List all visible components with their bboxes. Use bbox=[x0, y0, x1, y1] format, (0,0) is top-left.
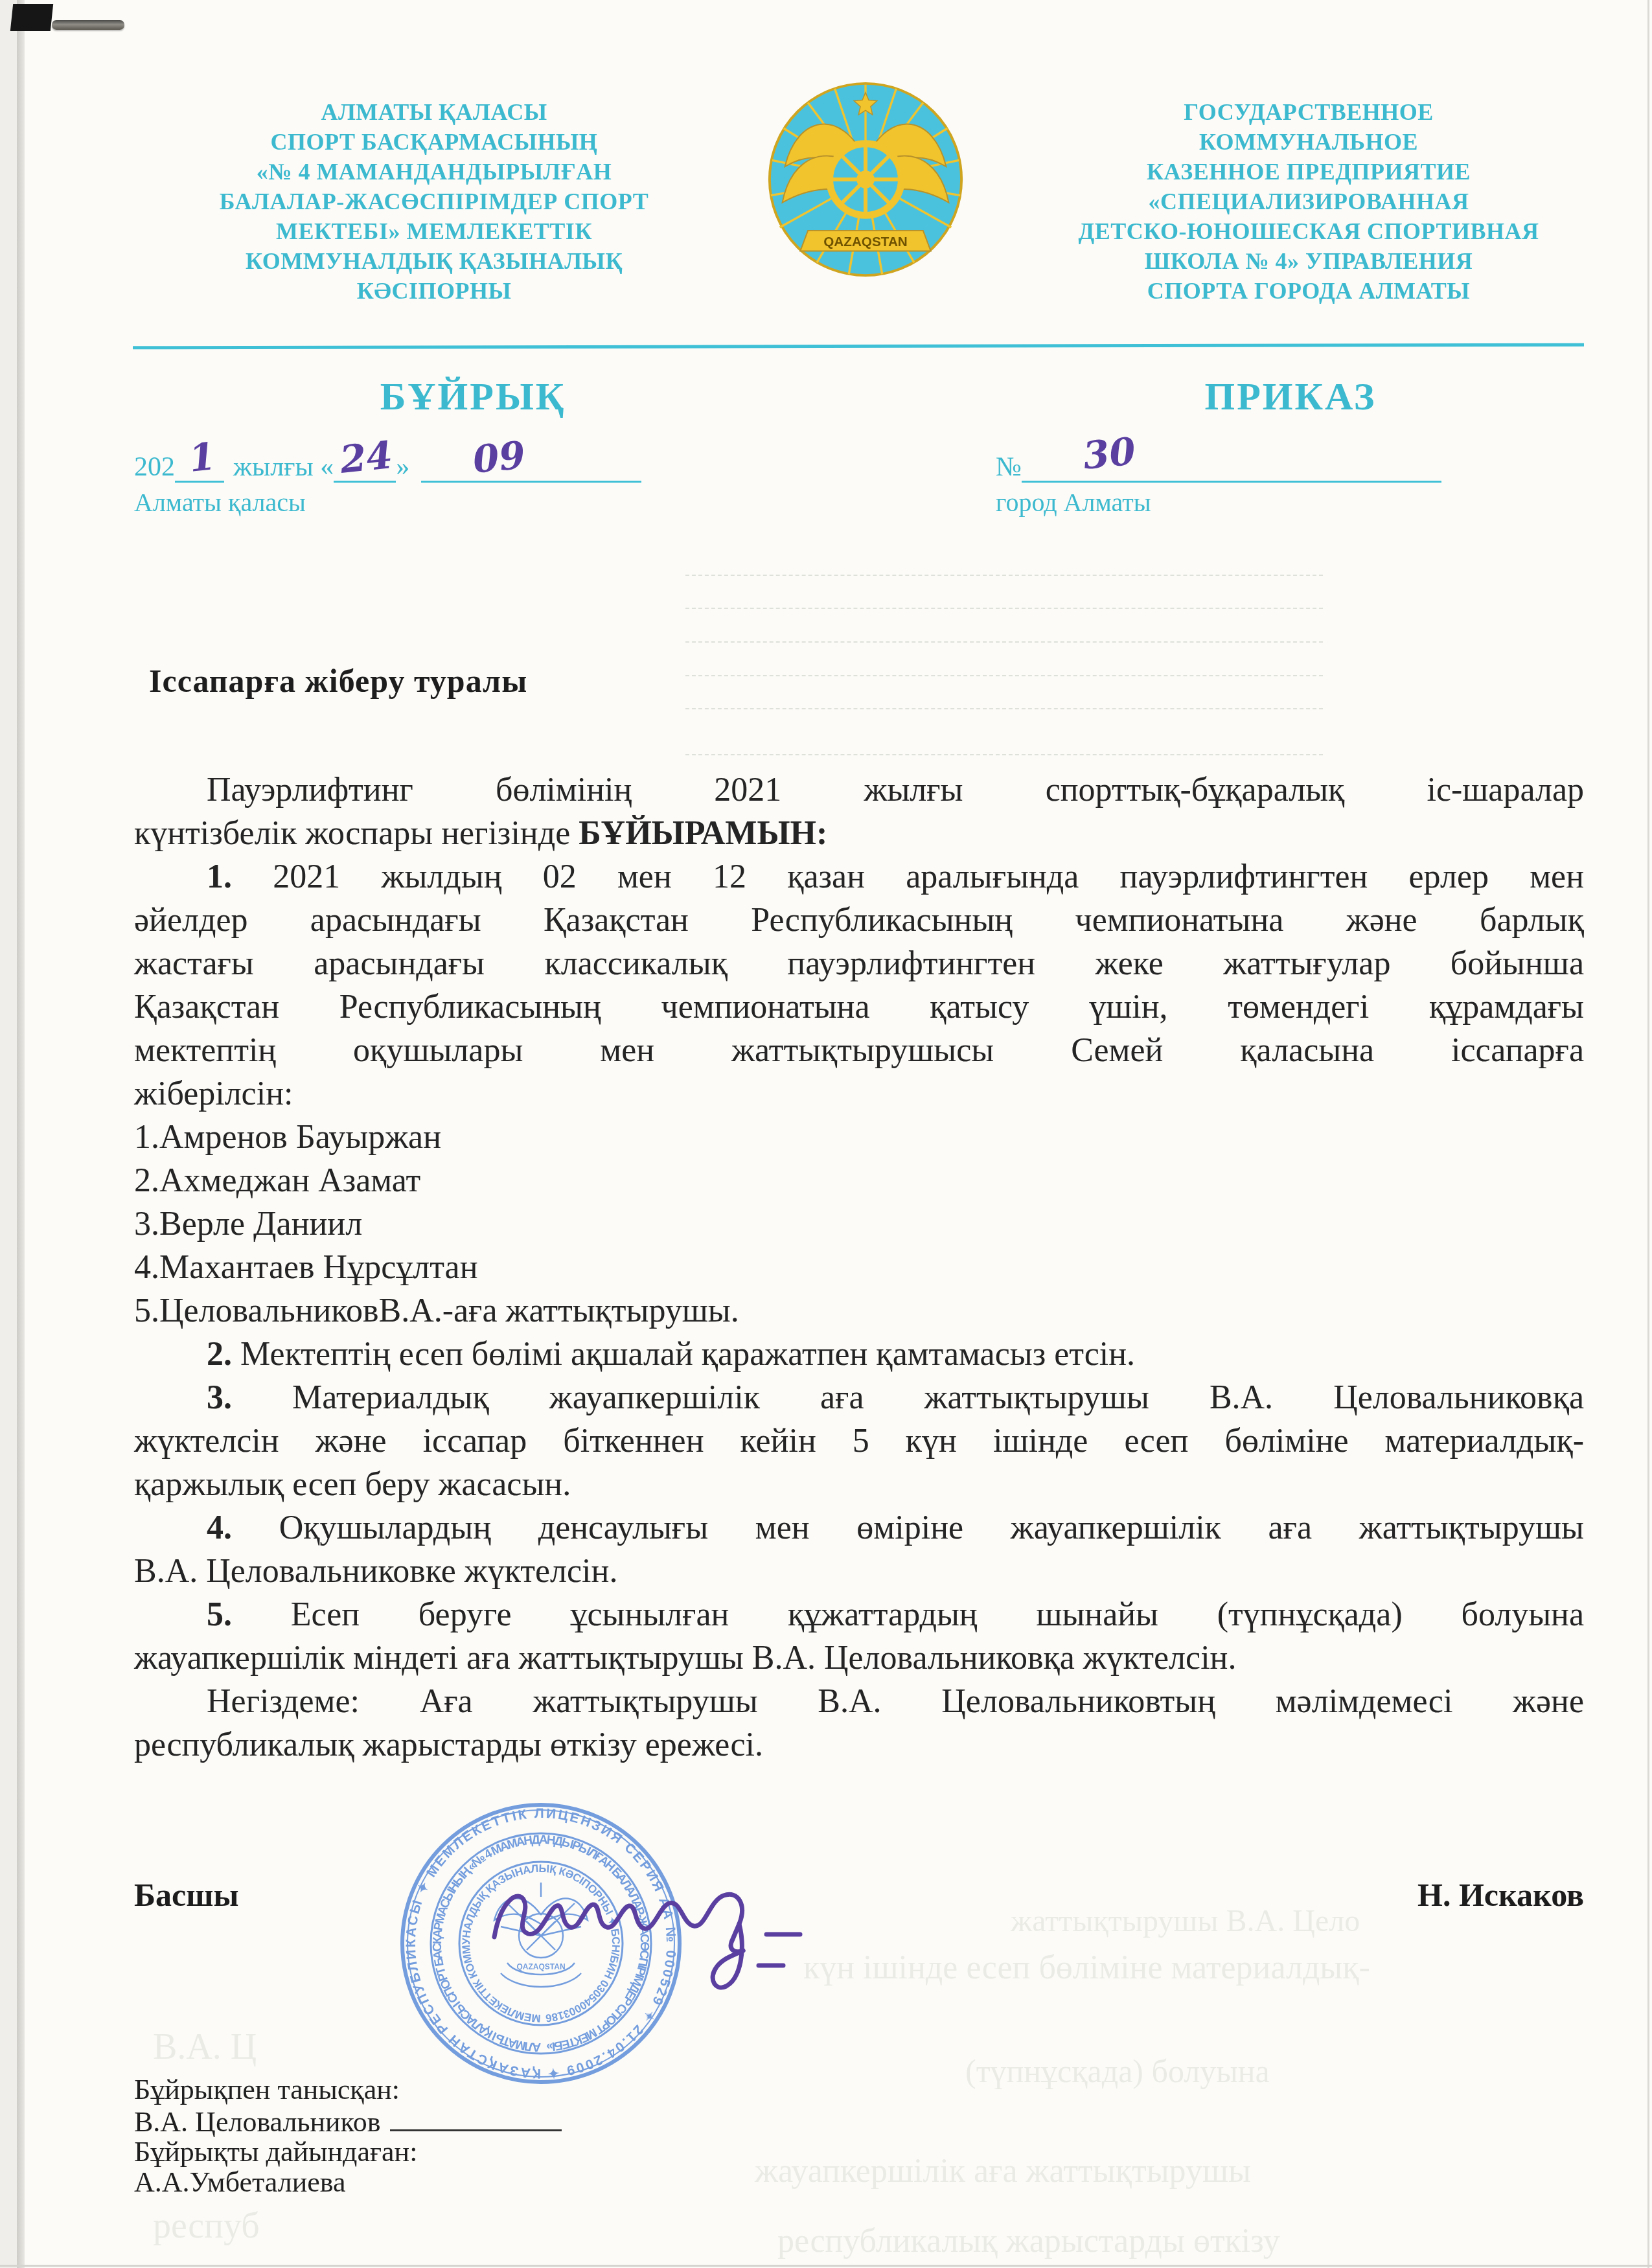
bleedthrough-line: В.А. Ц bbox=[153, 2026, 257, 2068]
bleedthrough-line: күн ішінде есеп бөліміне материалдық- bbox=[803, 1949, 1370, 1987]
body-line-segment: 2021 жылдың 02 мен 12 қазан аралығында п… bbox=[232, 858, 1584, 895]
body-line-segment: республикалық жарыстарды өткізу ережесі. bbox=[134, 1726, 763, 1763]
handwritten-day: 24 bbox=[338, 433, 395, 482]
date-label: жылғы « bbox=[233, 452, 334, 483]
handwritten-year: 1 bbox=[187, 434, 218, 481]
body-line-segment: 3.Верле Даниил bbox=[134, 1206, 362, 1243]
body-line-segment: Есеп беруге ұсынылған құжаттардың шынайы… bbox=[232, 1596, 1584, 1633]
bleedthrough-rule bbox=[685, 754, 1323, 755]
body-line-segment: 4.Махантаев Нұрсұлтан bbox=[134, 1249, 477, 1286]
city-kk: Алматы қаласы bbox=[134, 487, 306, 518]
city-ru: город Алматы bbox=[996, 487, 1151, 518]
org-name-line: ДЕТСКО-ЮНОШЕСКАЯ СПОРТИВНАЯ bbox=[1029, 216, 1589, 246]
acquainted-sign-line bbox=[390, 2103, 562, 2131]
body-line-bold-segment: БҰЙЫРАМЫН: bbox=[579, 815, 827, 852]
body-line-segment: Қазақстан Республикасының чемпионатына қ… bbox=[134, 989, 1584, 1025]
org-name-line: КӘСІПОРНЫ bbox=[194, 276, 674, 306]
bleedthrough-line: (түпнұсқада) болуына bbox=[965, 2052, 1270, 2090]
org-name-line: ГОСУДАРСТВЕННОЕ bbox=[1029, 97, 1589, 127]
org-name-line: СПОРТА ГОРОДА АЛМАТЫ bbox=[1029, 276, 1589, 306]
body-line: 1.Амренов Бауыржан bbox=[134, 1118, 1584, 1157]
bleedthrough-rule bbox=[685, 641, 1323, 643]
body-line: 4.Махантаев Нұрсұлтан bbox=[134, 1248, 1584, 1287]
number-row: № 30 bbox=[996, 447, 1441, 483]
number-blank: 30 bbox=[1022, 447, 1441, 483]
handwritten-month: 09 bbox=[471, 433, 527, 482]
body-line-segment: Мектептің есеп бөлімі ақшалай қаражатпен… bbox=[232, 1336, 1135, 1373]
body-line: 5. Есеп беруге ұсынылған құжаттардың шын… bbox=[134, 1596, 1584, 1634]
body-line-bold-segment: 1. bbox=[207, 858, 232, 895]
subject-title: Іссапарға жіберу туралы bbox=[149, 662, 527, 700]
staple-icon bbox=[52, 20, 124, 30]
number-label: № bbox=[996, 452, 1022, 483]
scan-bottom-edge bbox=[0, 2265, 1652, 2267]
org-name-line: СПОРТ БАСҚАРМАСЫНЫҢ bbox=[194, 127, 674, 157]
scanned-order-document: күн ішінде есеп бөліміне материалдық-жау… bbox=[0, 0, 1652, 2268]
body-line: 1. 2021 жылдың 02 мен 12 қазан аралығынд… bbox=[134, 858, 1584, 897]
body-line-bold-segment: 4. bbox=[207, 1509, 232, 1546]
handwritten-number: 30 bbox=[1081, 429, 1138, 478]
quote-close: » bbox=[396, 452, 409, 483]
body-line: 5.ЦеловальниковВ.А.-аға жаттықтырушы. bbox=[134, 1292, 1584, 1331]
acquainted-label: Бұйрықпен танысқан: bbox=[134, 2073, 400, 2106]
body-line: республикалық жарыстарды өткізу ережесі. bbox=[134, 1726, 1584, 1765]
body-line: 4. Оқушылардың денсаулығы мен өміріне жа… bbox=[134, 1509, 1584, 1548]
body-line: жастағы арасындағы классикалық пауэрлифт… bbox=[134, 945, 1584, 983]
scan-right-edge bbox=[1647, 0, 1649, 2268]
acquainted-name: В.А. Целовальников bbox=[134, 2103, 562, 2138]
kazakhstan-emblem-icon: QAZAQSTAN bbox=[763, 73, 968, 286]
bleedthrough-rule bbox=[685, 575, 1323, 576]
signer-role: Басшы bbox=[134, 1876, 239, 1914]
body-line: Қазақстан Республикасының чемпионатына қ… bbox=[134, 988, 1584, 1027]
body-line: 2.Ахмеджан Азамат bbox=[134, 1162, 1584, 1200]
month-blank: 09 bbox=[421, 447, 641, 483]
bleedthrough-line: респуб bbox=[153, 2205, 260, 2247]
body-line: 2. Мектептің есеп бөлімі ақшалай қаражат… bbox=[134, 1335, 1584, 1374]
signature-stroke-icon bbox=[476, 1838, 826, 2033]
body-line: 3. Материалдық жауапкершілік аға жаттықт… bbox=[134, 1379, 1584, 1417]
svg-text:QAZAQSTAN: QAZAQSTAN bbox=[823, 235, 908, 249]
body-line-segment: В.А. Целовальниковке жүктелсін. bbox=[134, 1553, 617, 1590]
scan-corner-mark bbox=[10, 4, 53, 31]
body-line-segment: жүктелсін және іссапар біткеннен кейін 5… bbox=[134, 1423, 1584, 1460]
org-name-russian: ГОСУДАРСТВЕННОЕКОММУНАЛЬНОЕКАЗЕННОЕ ПРЕД… bbox=[1029, 97, 1589, 306]
body-line-segment: қаржылық есеп беру жасасын. bbox=[134, 1466, 571, 1503]
prepared-label: Бұйрықты дайындаған: bbox=[134, 2135, 417, 2168]
org-name-kazakh: АЛМАТЫ ҚАЛАСЫСПОРТ БАСҚАРМАСЫНЫҢ«№ 4 МАМ… bbox=[194, 97, 674, 306]
org-name-line: КАЗЕННОЕ ПРЕДПРИЯТИЕ bbox=[1029, 157, 1589, 187]
body-line-segment: әйелдер арасындағы Қазақстан Республикас… bbox=[134, 902, 1584, 939]
scan-left-shadow bbox=[0, 0, 17, 2268]
body-line: қаржылық есеп беру жасасын. bbox=[134, 1465, 1584, 1504]
bleedthrough-line: республикалық жарыстарды өткізу bbox=[777, 2222, 1280, 2260]
body-line: жіберілсін: bbox=[134, 1075, 1584, 1114]
header-divider-line bbox=[133, 343, 1584, 350]
body-line-segment: 5.ЦеловальниковВ.А.-аға жаттықтырушы. bbox=[134, 1292, 739, 1329]
body-line: Пауэрлифтинг бөлімінің 2021 жылғы спортт… bbox=[134, 771, 1584, 810]
body-line: мектептің оқушылары мен жаттықтырушысы С… bbox=[134, 1031, 1584, 1070]
org-name-line: МЕКТЕБІ» МЕМЛЕКЕТТІК bbox=[194, 216, 674, 246]
prepared-name: А.А.Умбеталиева bbox=[134, 2166, 345, 2199]
order-title-ru: ПРИКАЗ bbox=[1154, 374, 1427, 419]
body-line: жауапкершілік міндеті аға жаттықтырушы В… bbox=[134, 1639, 1584, 1678]
body-line: әйелдер арасындағы Қазақстан Республикас… bbox=[134, 901, 1584, 940]
date-row: 202 1 жылғы « 24 » 09 bbox=[134, 447, 641, 483]
body-line-segment: жауапкершілік міндеті аға жаттықтырушы В… bbox=[134, 1640, 1236, 1677]
bleedthrough-rule bbox=[685, 608, 1323, 609]
bleedthrough-line: жауапкершілік аға жаттықтырушы bbox=[755, 2152, 1251, 2190]
body-line-segment: күнтізбелік жоспары негізінде bbox=[134, 815, 579, 852]
bleedthrough-rule bbox=[685, 675, 1323, 676]
signer-name: Н. Искаков bbox=[1315, 1876, 1584, 1914]
body-line-segment: 2.Ахмеджан Азамат bbox=[134, 1162, 420, 1199]
body-line: жүктелсін және іссапар біткеннен кейін 5… bbox=[134, 1422, 1584, 1461]
body-line-segment: Негіздеме: Аға жаттықтырушы В.А. Целовал… bbox=[207, 1683, 1584, 1720]
body-line-segment: жастағы арасындағы классикалық пауэрлифт… bbox=[134, 945, 1584, 982]
day-blank: 24 bbox=[334, 447, 396, 483]
body-line-segment: Материалдық жауапкершілік аға жаттықтыру… bbox=[232, 1379, 1584, 1416]
body-line-segment: 1.Амренов Бауыржан bbox=[134, 1119, 441, 1156]
order-title-kk: БҰЙРЫҚ bbox=[337, 374, 609, 419]
org-name-line: БАЛАЛАР-ЖАСӨСПІРІМДЕР СПОРТ bbox=[194, 187, 674, 216]
body-line: 3.Верле Даниил bbox=[134, 1205, 1584, 1244]
body-line: күнтізбелік жоспары негізінде БҰЙЫРАМЫН: bbox=[134, 814, 1584, 853]
year-prefix: 202 bbox=[134, 452, 175, 483]
body-line: В.А. Целовальниковке жүктелсін. bbox=[134, 1552, 1584, 1591]
bleedthrough-rule bbox=[685, 708, 1323, 709]
org-name-line: «СПЕЦИАЛИЗИРОВАННАЯ bbox=[1029, 187, 1589, 216]
body-line-segment: жіберілсін: bbox=[134, 1075, 293, 1112]
body-line-segment: Пауэрлифтинг бөлімінің 2021 жылғы спортт… bbox=[207, 772, 1584, 808]
org-name-line: «№ 4 МАМАНДАНДЫРЫЛҒАН bbox=[194, 157, 674, 187]
org-name-line: КОММУНАЛЬНОЕ bbox=[1029, 127, 1589, 157]
year-blank: 1 bbox=[175, 447, 224, 483]
bleedthrough-line: жаттықтырушы В.А. Цело bbox=[1011, 1903, 1360, 1939]
body-line-bold-segment: 2. bbox=[207, 1336, 232, 1373]
org-name-line: АЛМАТЫ ҚАЛАСЫ bbox=[194, 97, 674, 127]
body-line-segment: Оқушылардың денсаулығы мен өміріне жауап… bbox=[232, 1509, 1584, 1546]
scan-page-edge bbox=[17, 0, 25, 2268]
body-line-segment: мектептің оқушылары мен жаттықтырушысы С… bbox=[134, 1032, 1584, 1069]
org-name-line: КОММУНАЛДЫҚ ҚАЗЫНАЛЫҚ bbox=[194, 246, 674, 276]
body-line-bold-segment: 3. bbox=[207, 1379, 232, 1416]
org-name-line: ШКОЛА № 4» УПРАВЛЕНИЯ bbox=[1029, 246, 1589, 276]
body-line-bold-segment: 5. bbox=[207, 1596, 232, 1633]
body-line: Негіздеме: Аға жаттықтырушы В.А. Целовал… bbox=[134, 1682, 1584, 1721]
